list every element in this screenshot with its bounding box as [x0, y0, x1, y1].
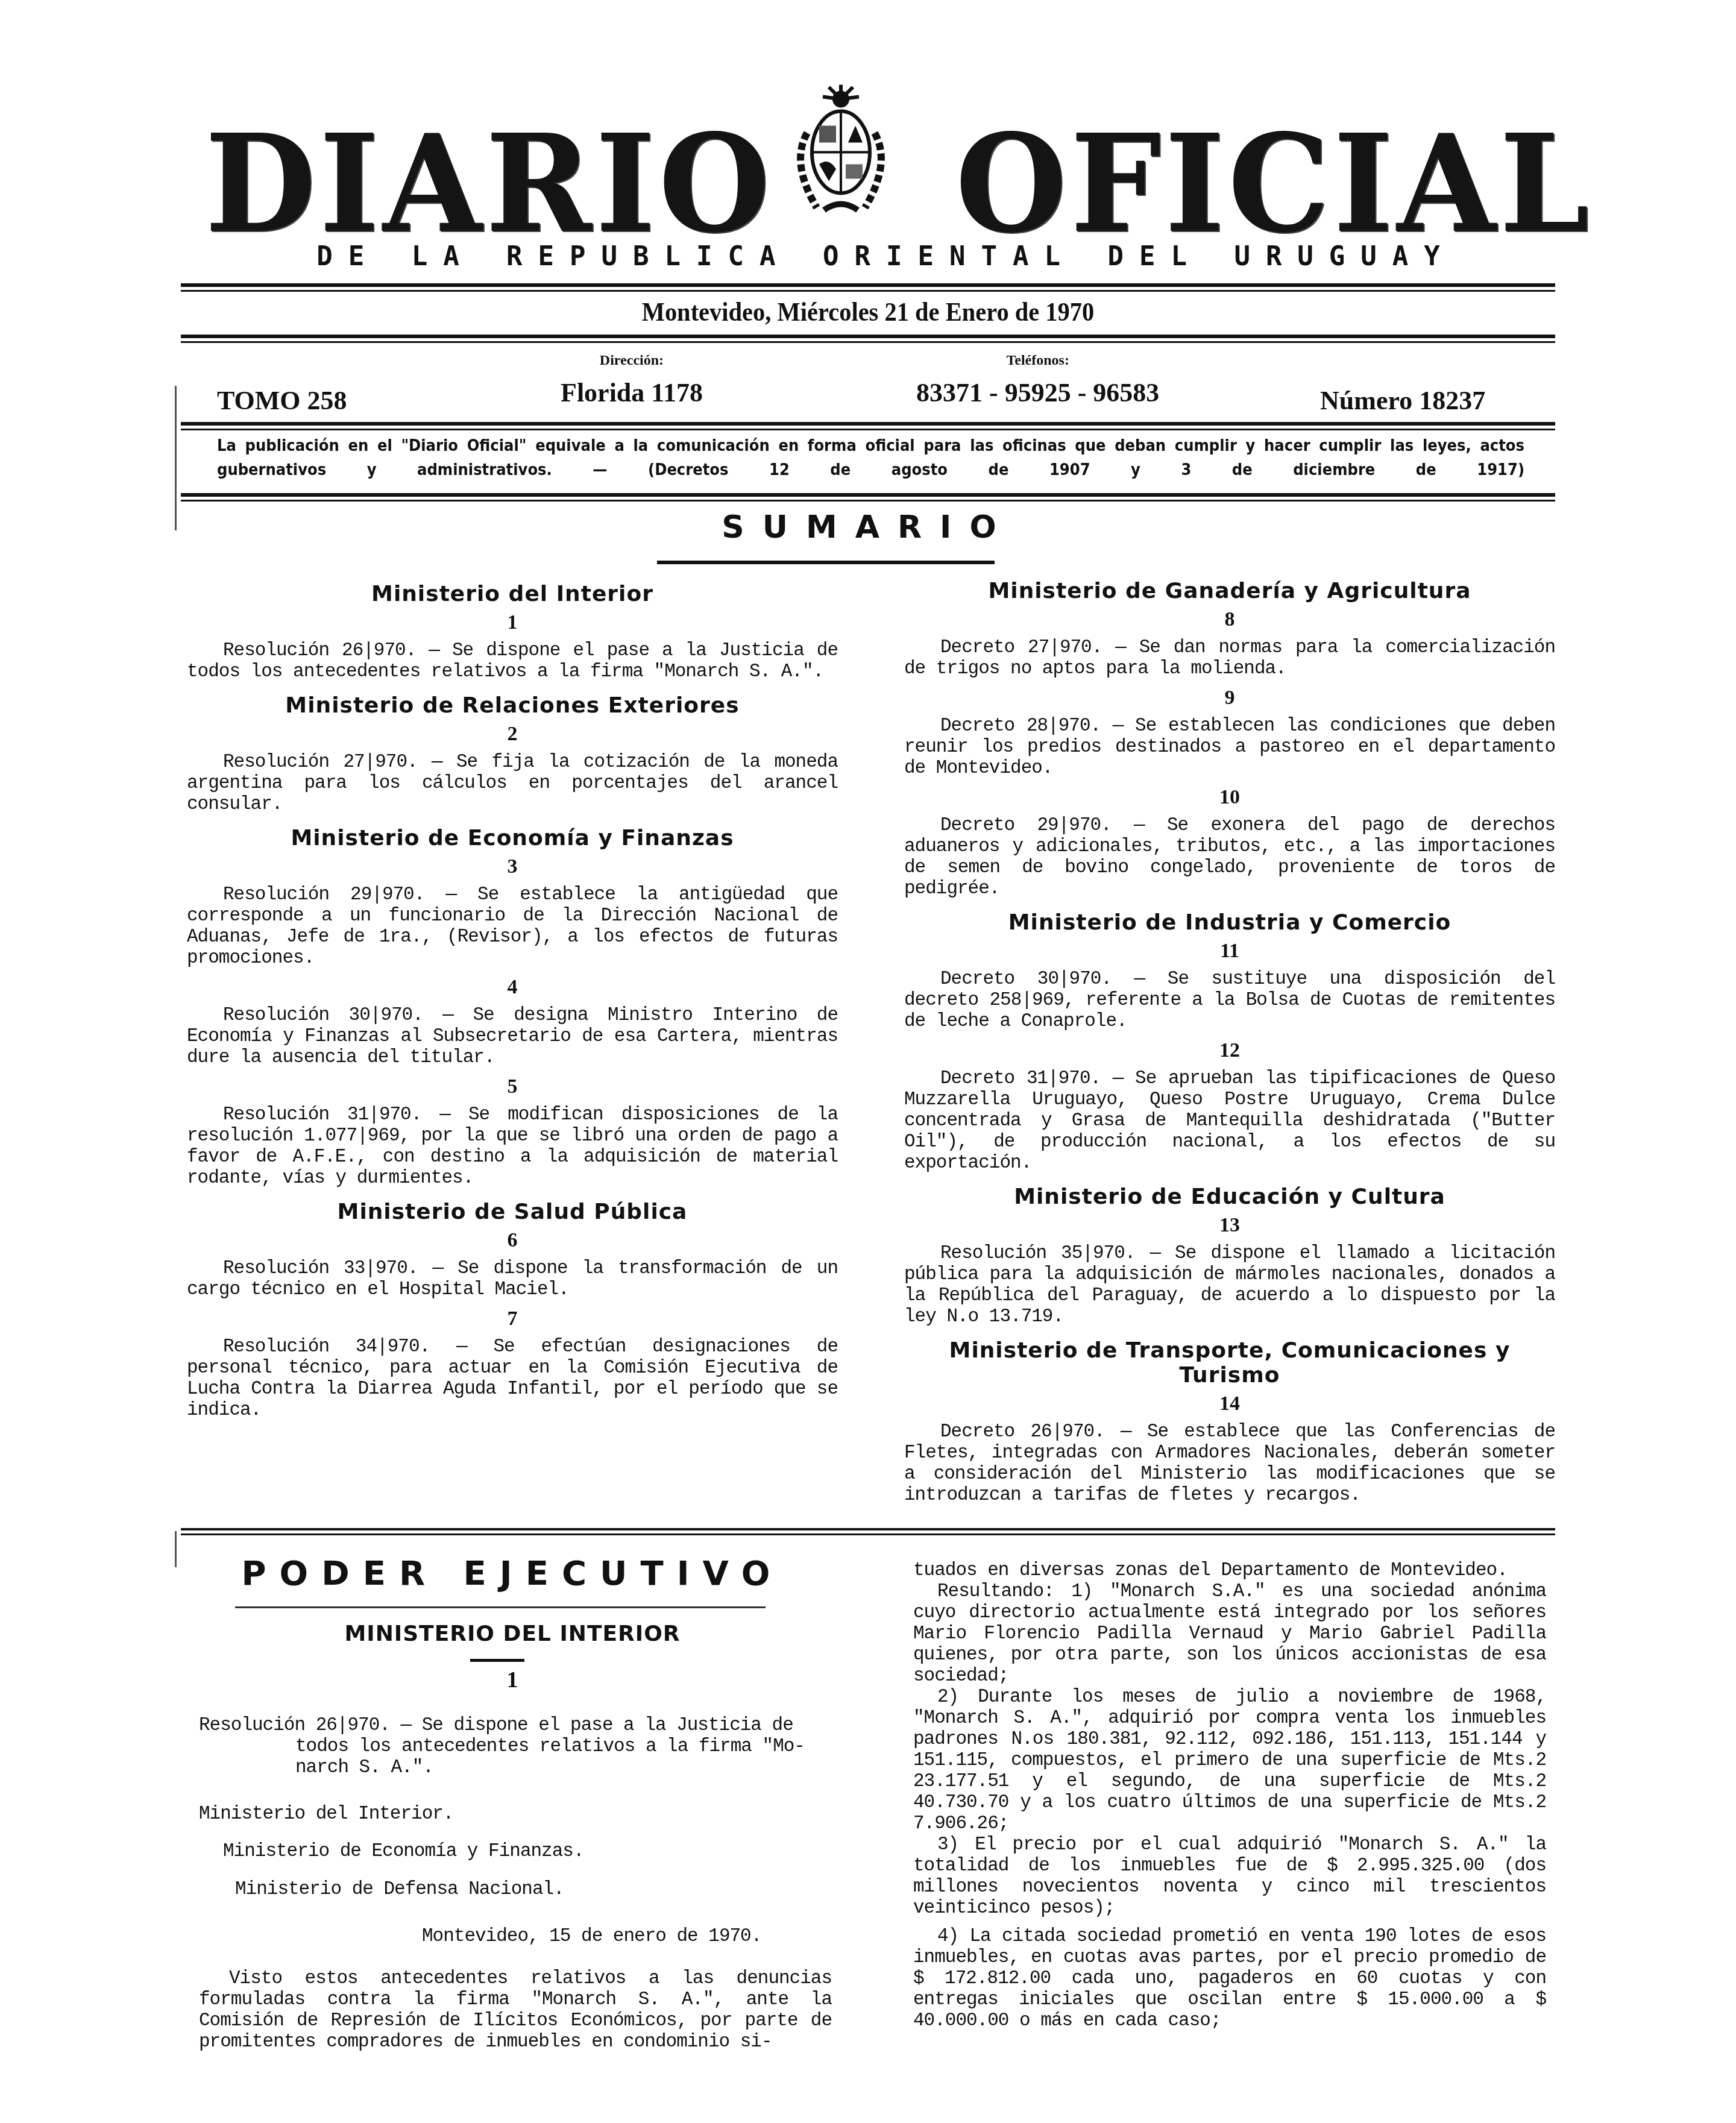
sumario-underline [657, 561, 995, 564]
scan-margin-mark [175, 386, 177, 530]
direccion-block: Dirección: Florida 1178 [561, 353, 703, 408]
sumario-entry: Decreto 27|970. — Se dan normas para la … [904, 637, 1555, 679]
sumario-entry: Resolución 33|970. — Se dispone la trans… [187, 1258, 838, 1300]
item-number: 1 [187, 611, 838, 634]
item-number: 12 [904, 1039, 1555, 1062]
item-number: 5 [187, 1075, 838, 1098]
telefonos-block: Teléfonos: 83371 - 95925 - 96583 [916, 353, 1159, 408]
masthead-title-left: DIARIO [205, 111, 774, 257]
telefonos-value: 83371 - 95925 - 96583 [916, 377, 1159, 408]
item-number: 13 [904, 1214, 1555, 1237]
sumario-entry: Resolución 30|970. — Se designa Ministro… [187, 1005, 838, 1068]
item-number: 11 [904, 940, 1555, 963]
sumario-entry: Resolución 27|970. — Se fija la cotizaci… [187, 752, 838, 815]
item-number: 9 [904, 687, 1555, 709]
scan-margin-mark [175, 1531, 177, 1567]
issue-number: Número 18237 [1320, 385, 1485, 416]
divider [181, 422, 1555, 430]
numero-block: Número 18237 [1320, 377, 1485, 416]
sumario-entry: Resolución 26|970. — Se dispone el pase … [187, 640, 838, 682]
ministry-heading: MINISTERIO DEL INTERIOR [211, 1621, 814, 1646]
ministry-heading: Ministerio de Educación y Cultura [904, 1184, 1555, 1209]
masthead: DIARIO OFICIAL [175, 115, 1561, 253]
direccion-value: Florida 1178 [561, 377, 703, 408]
ministry-heading: Ministerio de Salud Pública [187, 1200, 838, 1224]
poder-underline [235, 1606, 766, 1608]
item-number: 2 [187, 723, 838, 746]
item-number: 6 [187, 1229, 838, 1252]
item-number: 7 [187, 1307, 838, 1330]
ministry-heading: Ministerio de Relaciones Exteriores [187, 693, 838, 718]
sumario-entry: Decreto 30|970. — Se sustituye una dispo… [904, 969, 1555, 1032]
sumario-entry: Decreto 26|970. — Se establece que las C… [904, 1421, 1555, 1506]
telefonos-label: Teléfonos: [916, 353, 1159, 369]
masthead-title-right: OFICIAL [955, 111, 1593, 257]
paragraph: tuados en diversas zonas del Departament… [913, 1560, 1546, 1581]
resolution-line-3: narch S. A.". [199, 1757, 832, 1778]
legal-notice: La publicación en el "Diario Oficial" eq… [217, 434, 1524, 482]
sumario-entry: Decreto 29|970. — Se exonera del pago de… [904, 815, 1555, 899]
item-number: 4 [187, 976, 838, 999]
ministry-heading: Ministerio de Economía y Finanzas [187, 826, 838, 851]
dateline: Montevideo, Miércoles 21 de Enero de 197… [230, 297, 1506, 327]
sumario-entry: Resolución 31|970. — Se modifican dispos… [187, 1104, 838, 1189]
ministry-heading: Ministerio de Ganadería y Agricultura [904, 579, 1555, 603]
item-number: 3 [187, 855, 838, 878]
item-number: 8 [904, 608, 1555, 631]
sumario-entry: Resolución 34|970. — Se efectúan designa… [187, 1336, 838, 1421]
newspaper-page: DIARIO OFICIAL DE LA REPUBLICA ORIENTAL … [175, 0, 1561, 2123]
visto-paragraph: Visto estos antecedentes relativos a las… [199, 1968, 832, 2052]
masthead-subtitle: DE LA REPUBLICA ORIENTAL DEL URUGUAY [175, 241, 1579, 272]
sumario-heading: SUMARIO [175, 509, 1561, 546]
sumario-left-column: Ministerio del Interior1Resolución 26|97… [187, 582, 838, 1428]
sumario-entry: Resolución 29|970. — Se establece la ant… [187, 884, 838, 969]
section-divider [181, 1528, 1555, 1535]
sumario-right-column: Ministerio de Ganadería y Agricultura8De… [904, 579, 1555, 1513]
item-number: 1 [211, 1667, 814, 1693]
resolution-line-1: Resolución 26|970. — Se dispone el pase … [199, 1715, 832, 1736]
direccion-label: Dirección: [561, 353, 703, 369]
sumario-entry: Decreto 28|970. — Se establecen las cond… [904, 716, 1555, 779]
resolution-line-2: todos los antecedentes relativos a la fi… [199, 1736, 832, 1757]
item-number: 14 [904, 1392, 1555, 1415]
signatory: Ministerio del Interior. [199, 1804, 453, 1825]
info-bar: TOMO 258 Dirección: Florida 1178 Teléfon… [175, 353, 1561, 419]
item-number: 10 [904, 786, 1555, 809]
poder-ejecutivo-heading: PODER EJECUTIVO [211, 1554, 814, 1593]
divider [181, 335, 1555, 343]
paragraph: 3) El precio por el cual adquirió "Monar… [913, 1834, 1546, 1919]
ministry-underline [470, 1659, 524, 1662]
signatory: Ministerio de Defensa Nacional. [235, 1879, 564, 1900]
resolution-heading: Resolución 26|970. — Se dispone el pase … [199, 1715, 832, 1778]
signatory: Ministerio de Economía y Finanzas. [223, 1841, 584, 1862]
tomo: TOMO 258 [217, 385, 347, 416]
ministry-heading: Ministerio del Interior [187, 582, 838, 606]
coat-of-arms-icon [781, 84, 901, 220]
divider [181, 493, 1555, 502]
tomo-block: TOMO 258 [217, 377, 347, 416]
paragraph: 4) La citada sociedad prometió en venta … [913, 1926, 1546, 2031]
divider [181, 283, 1555, 292]
resultando-column: tuados en diversas zonas del Departament… [913, 1560, 1546, 2031]
sumario-entry: Resolución 35|970. — Se dispone el llama… [904, 1243, 1555, 1327]
paragraph: 2) Durante los meses de julio a noviembr… [913, 1687, 1546, 1834]
ministry-heading: Ministerio de Transporte, Comunicaciones… [904, 1338, 1555, 1388]
ministry-heading: Ministerio de Industria y Comercio [904, 910, 1555, 935]
sumario-entry: Decreto 31|970. — Se aprueban las tipifi… [904, 1068, 1555, 1174]
paragraph: Resultando: 1) "Monarch S.A." es una soc… [913, 1581, 1546, 1687]
resolution-date: Montevideo, 15 de enero de 1970. [422, 1926, 761, 1947]
